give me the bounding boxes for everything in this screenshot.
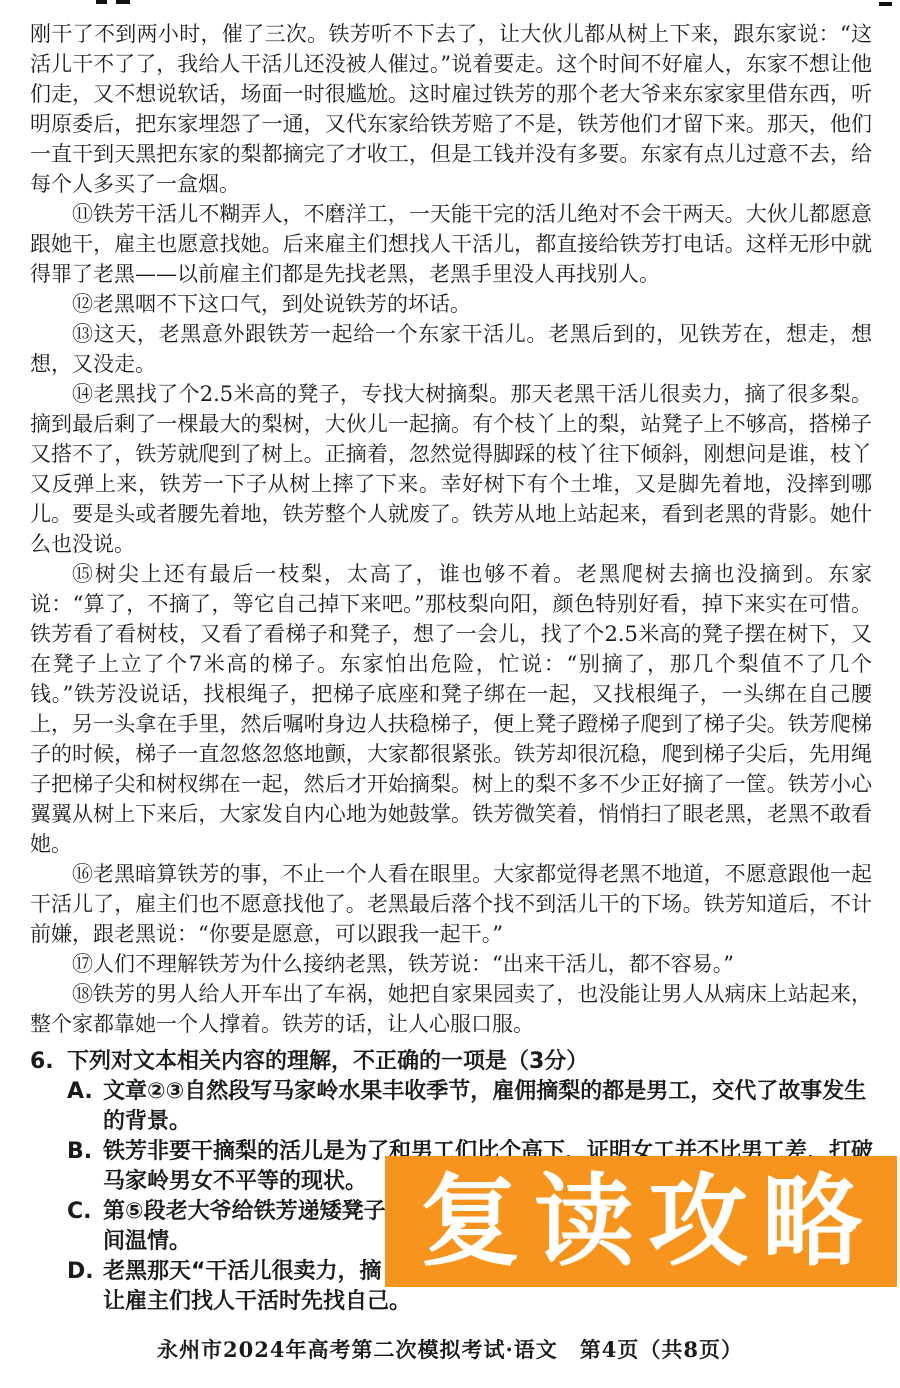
option-label: D. <box>67 1257 103 1317</box>
option-label: B. <box>67 1137 103 1197</box>
passage-paragraph: ⑱铁芳的男人给人开车出了车祸，她把自家果园卖了，也没能让男人从病床上站起来，整个… <box>30 979 872 1039</box>
option-text: 让雇主们找人干活时先找自己。 <box>103 1287 872 1317</box>
option-text: 的背景。 <box>103 1107 872 1137</box>
watermark-banner: 复读攻略 <box>385 1156 897 1287</box>
page-footer: 永州市2024年高考第二次模拟考试·语文 第4页（共8页） <box>0 1334 900 1364</box>
passage-paragraph: ⑮树尖上还有最后一枝梨，太高了，谁也够不着。老黑爬树去摘也没摘到。东家说：“算了… <box>30 559 872 859</box>
passage-paragraph: ⑭老黑找了个2.5米高的凳子，专找大树摘梨。那天老黑干活儿很卖力，摘了很多梨。摘… <box>30 379 872 559</box>
option-a: A. 文章②③自然段写马家岭水果丰收季节，雇佣摘梨的都是男工，交代了故事发生 的… <box>67 1077 872 1137</box>
passage-paragraph: ⑰人们不理解铁芳为什么接纳老黑，铁芳说：“出来干活儿，都不容易。” <box>30 949 872 979</box>
passage-paragraph: ⑯老黑暗算铁芳的事，不止一个人看在眼里。大家都觉得老黑不地道，不愿意跟他一起干活… <box>30 859 872 949</box>
passage-paragraph: ⑬这天，老黑意外跟铁芳一起给一个东家干活儿。老黑后到的，见铁芳在，想走，想想，又… <box>30 319 872 379</box>
question-number: 6. <box>30 1047 67 1077</box>
page-edge-artifact <box>879 2 892 6</box>
reading-passage: 刚干了不到两小时，催了三次。铁芳听不下去了，让大伙儿都从树上下来，跟东家说：“这… <box>30 19 872 1039</box>
page-edge-artifact <box>116 0 130 4</box>
exam-page: 刚干了不到两小时，催了三次。铁芳听不下去了，让大伙儿都从树上下来，跟东家说：“这… <box>0 0 900 1388</box>
passage-paragraph: ⑫老黑咽不下这口气，到处说铁芳的坏话。 <box>30 289 872 319</box>
option-label: A. <box>67 1077 103 1137</box>
option-label: C. <box>67 1197 103 1257</box>
passage-paragraph: ⑪铁芳干活儿不糊弄人，不磨洋工，一天能干完的活儿绝对不会干两天。大伙儿都愿意跟她… <box>30 199 872 289</box>
page-edge-artifact <box>96 0 107 4</box>
watermark-text: 复读攻略 <box>420 1172 876 1272</box>
passage-paragraph: 刚干了不到两小时，催了三次。铁芳听不下去了，让大伙儿都从树上下来，跟东家说：“这… <box>30 19 872 199</box>
option-text: 文章②③自然段写马家岭水果丰收季节，雇佣摘梨的都是男工，交代了故事发生 <box>103 1077 872 1107</box>
question-stem: 下列对文本相关内容的理解，不正确的一项是（3分） <box>67 1047 872 1077</box>
